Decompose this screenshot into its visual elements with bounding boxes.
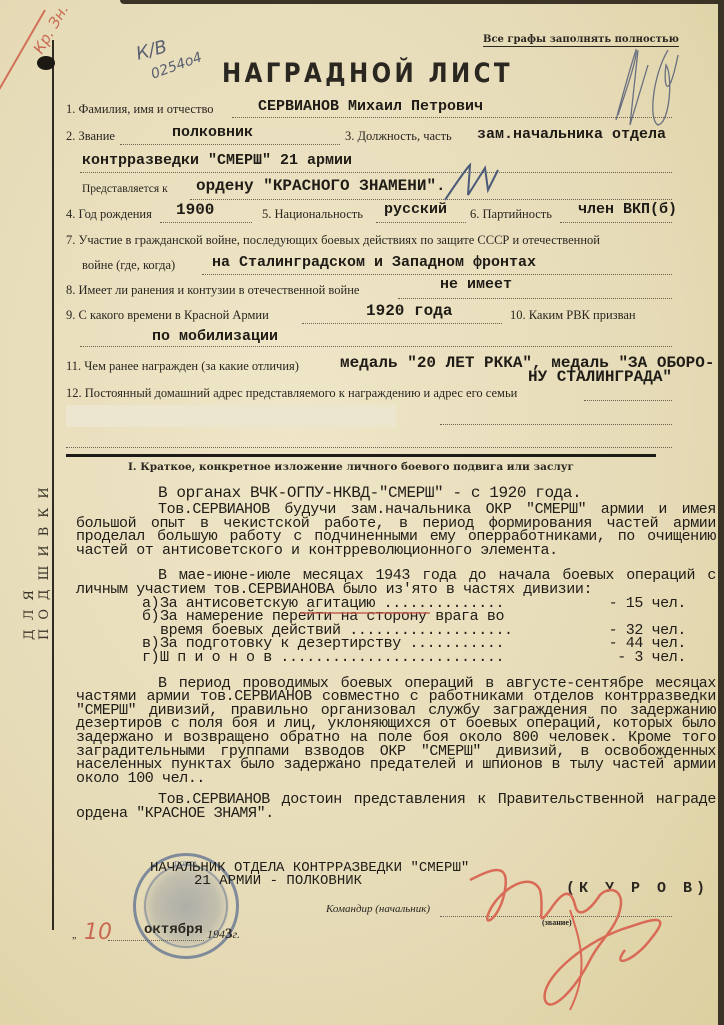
field-7-label-cont: войне (где, когда) [82, 258, 175, 273]
field-7-line [202, 274, 672, 275]
field-8-label: 8. Имеет ли ранения и контузии в отечест… [66, 283, 359, 298]
scan-edge-right [718, 0, 724, 1025]
red-ink-strike [300, 612, 430, 614]
field-8-line [398, 298, 672, 299]
seized-list: а)За антисоветскую агитацию ............… [142, 597, 716, 665]
presented-line [190, 199, 672, 200]
field-3-value-cont: контрразведки "СМЕРШ" 21 армии [82, 152, 352, 169]
field-3-value: зам.начальника отдела [477, 126, 666, 143]
field-2-value: полковник [172, 124, 253, 141]
field-3-line-2 [80, 172, 672, 173]
pencil-signature-icon [608, 45, 688, 135]
field-6-value: член ВКП(б) [578, 201, 677, 218]
page-title: НАГРАДНОЙ ЛИСТ [222, 58, 513, 89]
field-2-line [120, 144, 340, 145]
field-11-label: 11. Чем ранее награжден (за какие отличи… [66, 359, 299, 374]
field-9-label: 9. С какого времени в Красной Армии [66, 308, 269, 323]
punch-hole [37, 56, 55, 70]
margin-label: ДЛЯ ПОДШИВКИ [22, 470, 42, 640]
paragraph-2: Тов.СЕРВИАНОВ будучи зам.начальника ОКР … [76, 503, 716, 557]
commander-label: Командир (начальник) [326, 903, 430, 915]
paragraph-3: В мае-июне-июле месяцах 1943 года до нач… [76, 569, 716, 596]
field-4-label: 4. Год рождения [66, 207, 152, 222]
field-1-label: 1. Фамилия, имя и отчество [66, 102, 214, 117]
field-10-line [80, 346, 672, 347]
paragraph-4: В период проводимых боевых операций в ав… [76, 677, 716, 786]
field-9-line [302, 323, 502, 324]
date-year: 1943г. [207, 926, 240, 943]
field-4-value: 1900 [176, 201, 214, 219]
field-1-line [232, 117, 672, 118]
award-sheet: Кр. Зн. ДЛЯ ПОДШИВКИ Все графы заполнять… [0, 0, 724, 1025]
field-10-label: 10. Каким РВК призван [510, 308, 636, 323]
paragraph-1: В органах ВЧК-ОГПУ-НКВД-"СМЕРШ" - с 1920… [76, 483, 716, 503]
red-signature-icon [450, 850, 690, 1020]
pencil-check-icon [440, 160, 500, 205]
pencil-annotation-kb: К/В [134, 36, 170, 64]
field-5-line [376, 222, 466, 223]
field-9-value: 1920 года [366, 302, 452, 320]
date-quote: „ [72, 930, 76, 941]
field-12-line-1 [584, 400, 672, 401]
field-11-value-cont: НУ СТАЛИНГРАДА" [528, 368, 672, 386]
list-item: г)Ш п и о н о в ........................… [142, 651, 716, 665]
date-month: октября [144, 922, 203, 938]
field-12-line-2 [440, 424, 672, 425]
red-pencil-note: Кр. Зн. [30, 1, 73, 57]
paragraph-5: Тов.СЕРВИАНОВ достоин представления к Пр… [76, 793, 716, 820]
field-12-line-3 [66, 447, 672, 448]
field-7-value: на Сталинградском и Западном фронтах [212, 254, 536, 271]
scan-edge-top [120, 0, 724, 4]
presented-label: Представляется к [82, 183, 168, 195]
presented-value: ордену "КРАСНОГО ЗНАМЕНИ". [196, 177, 446, 195]
field-5-value: русский [384, 201, 447, 218]
field-10-value: по мобилизации [152, 328, 278, 345]
section-title: I. Краткое, конкретное изложение личного… [128, 461, 574, 473]
field-6-line [560, 222, 672, 223]
date-line [108, 940, 204, 941]
date-day: 10 [84, 920, 112, 945]
narrative-text: В органах ВЧК-ОГПУ-НКВД-"СМЕРШ" - с 1920… [76, 483, 716, 820]
field-3-label: 3. Должность, часть [345, 129, 452, 144]
field-12-label: 12. Постоянный домашний адрес представля… [66, 386, 517, 401]
binding-margin-line [52, 40, 54, 930]
redacted-area [66, 405, 396, 427]
field-7-label: 7. Участие в гражданской войне, последую… [66, 233, 600, 248]
signatory-line-2: 21 АРМИИ - ПОЛКОВНИК [150, 875, 469, 888]
section-divider [66, 454, 656, 457]
field-1-value: СЕРВИАНОВ Михаил Петрович [258, 98, 483, 115]
field-2-label: 2. Звание [66, 129, 115, 144]
field-4-line [160, 222, 252, 223]
field-5-label: 5. Национальность [262, 207, 363, 222]
field-8-value: не имеет [440, 276, 512, 293]
signatory-title: НАЧАЛЬНИК ОТДЕЛА КОНТРРАЗВЕДКИ "СМЕРШ" 2… [150, 862, 469, 888]
field-6-label: 6. Партийность [470, 207, 552, 222]
